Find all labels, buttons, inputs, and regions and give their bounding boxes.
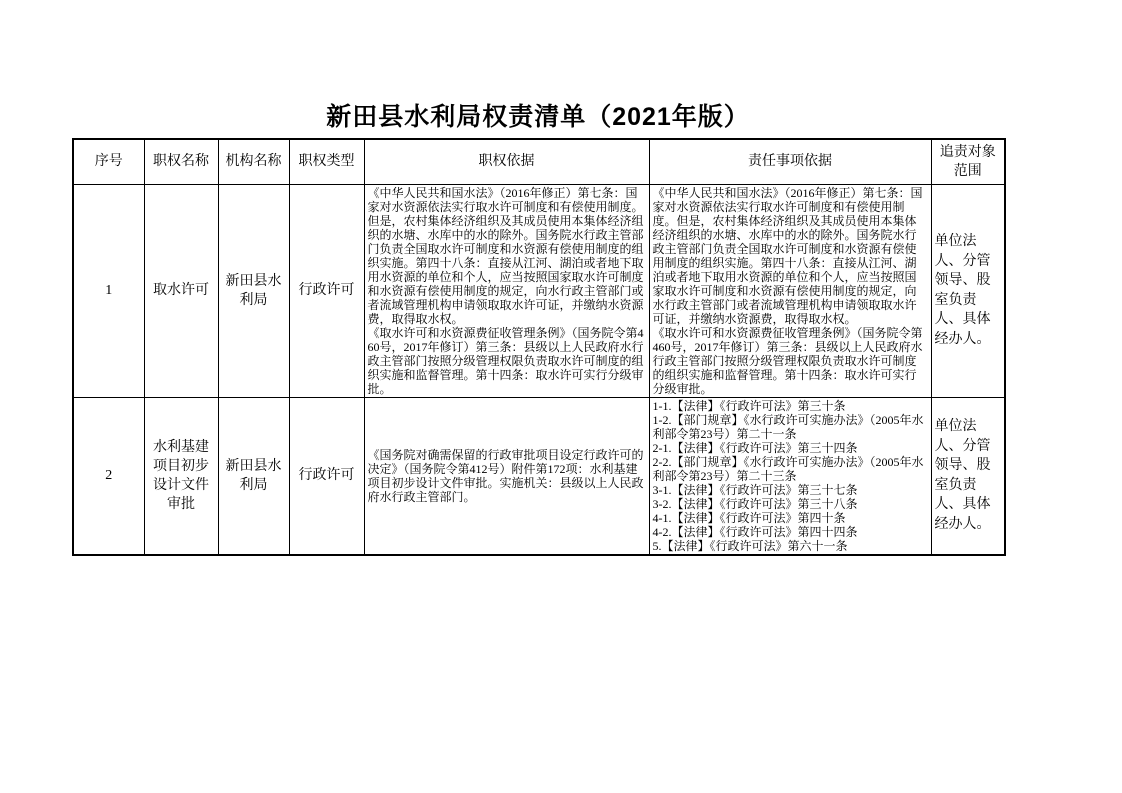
page-title: 新田县水利局权责清单（2021年版）: [72, 97, 1004, 133]
table-row: 1 取水许可 新田县水利局 行政许可 《中华人民共和国水法》（2016年修正）第…: [73, 184, 1005, 397]
cell-index: 2: [73, 397, 144, 555]
cell-power-basis: 《中华人民共和国水法》（2016年修正）第七条：国家对水资源依法实行取水许可制度…: [364, 184, 649, 397]
header-responsibility-basis: 责任事项依据: [649, 139, 931, 184]
header-accountability-scope: 追责对象范围: [931, 139, 1005, 184]
cell-power-basis: 《国务院对确需保留的行政审批项目设定行政许可的决定》（国务院令第412号）附件第…: [364, 397, 649, 555]
cell-accountability-scope: 单位法人、分管领导、股室负责人、具体经办人。: [931, 184, 1005, 397]
cell-power-name: 取水许可: [144, 184, 218, 397]
cell-responsibility-basis: 《中华人民共和国水法》（2016年修正）第七条：国家对水资源依法实行取水许可制度…: [649, 184, 931, 397]
header-power-name: 职权名称: [144, 139, 218, 184]
header-power-basis: 职权依据: [364, 139, 649, 184]
cell-power-name: 水利基建项目初步设计文件审批: [144, 397, 218, 555]
cell-power-type: 行政许可: [289, 397, 364, 555]
power-responsibility-table: 序号 职权名称 机构名称 职权类型 职权依据 责任事项依据 追责对象范围 1 取…: [72, 138, 1006, 556]
header-power-type: 职权类型: [289, 139, 364, 184]
table-row: 2 水利基建项目初步设计文件审批 新田县水利局 行政许可 《国务院对确需保留的行…: [73, 397, 1005, 555]
cell-index: 1: [73, 184, 144, 397]
document-page: 新田县水利局权责清单（2021年版） 序号 职权名称 机构名称 职权类型 职权依…: [0, 0, 1122, 793]
cell-power-type: 行政许可: [289, 184, 364, 397]
cell-responsibility-basis: 1-1.【法律】《行政许可法》第三十条 1-2.【部门规章】《水行政许可实施办法…: [649, 397, 931, 555]
cell-org-name: 新田县水利局: [218, 184, 289, 397]
cell-org-name: 新田县水利局: [218, 397, 289, 555]
cell-accountability-scope: 单位法人、分管领导、股室负责人、具体经办人。: [931, 397, 1005, 555]
header-row: 序号 职权名称 机构名称 职权类型 职权依据 责任事项依据 追责对象范围: [73, 139, 1005, 184]
header-index: 序号: [73, 139, 144, 184]
header-org-name: 机构名称: [218, 139, 289, 184]
